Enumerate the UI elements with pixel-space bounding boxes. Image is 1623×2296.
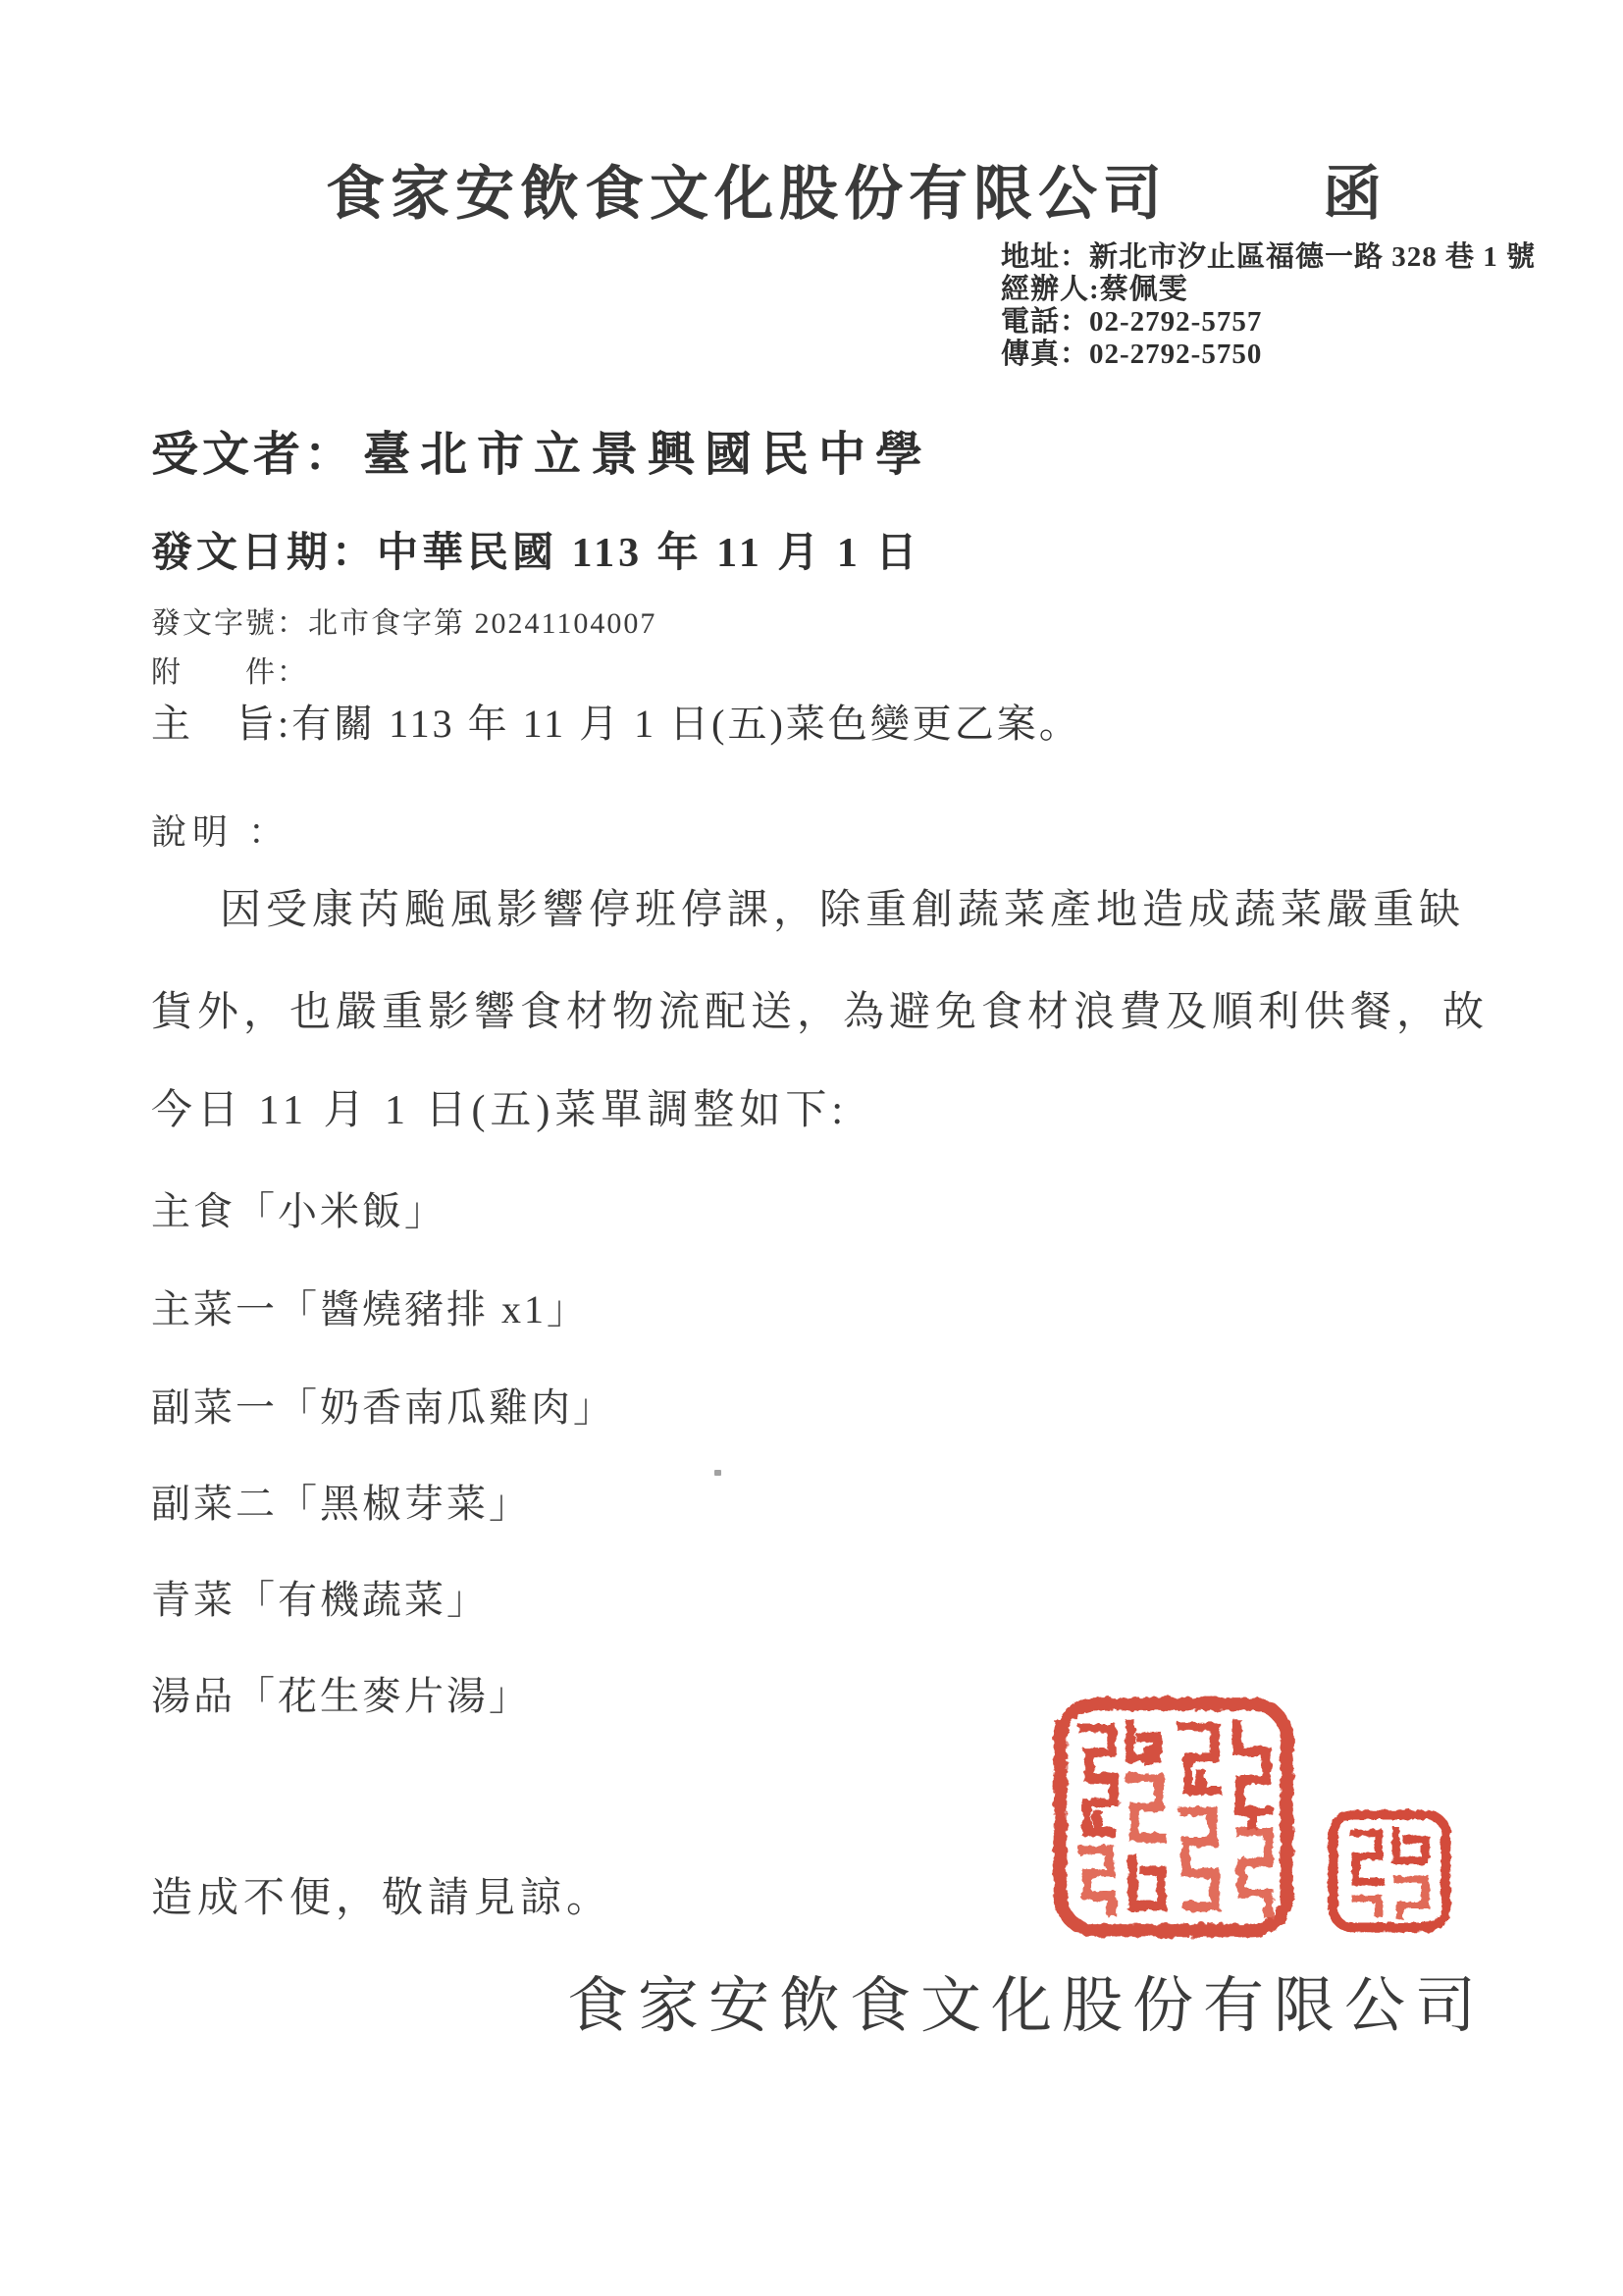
issue-date-line: 發文日期：中華民國 113 年 11 月 1 日 xyxy=(151,520,920,579)
sender-address: 地址：新北市汐止區福德一路 328 巷 1 號 xyxy=(1001,241,1536,274)
menu-item-side-dish-2: 副菜二「黑椒芽菜」 xyxy=(151,1473,531,1529)
closing-line: 造成不便，敬請見諒。 xyxy=(151,1865,612,1924)
company-signature: 食家安飲食文化股份有限公司 xyxy=(567,1957,1486,2044)
scan-speck xyxy=(714,1470,721,1476)
director-seal-stamp xyxy=(1323,1807,1456,1935)
menu-item-side-dish-1: 副菜一「奶香南瓜雞肉」 xyxy=(151,1377,615,1433)
attachment-line: 附 件： xyxy=(151,648,308,691)
subject-line: 主 旨:有關 113 年 11 月 1 日(五)菜色變更乙案。 xyxy=(151,693,1081,749)
director-seal-icon xyxy=(1323,1807,1456,1935)
explanation-paragraph-line: 因受康芮颱風影響停班停課，除重創蔬菜產地造成蔬菜嚴重缺 xyxy=(220,877,1465,936)
sender-handler: 經辦人:蔡佩雯 xyxy=(1001,274,1536,306)
letter-title-company: 食家安飲食文化股份有限公司 xyxy=(326,162,1168,227)
subject-text: 有關 113 年 11 月 1 日(五)菜色變更乙案。 xyxy=(291,702,1081,746)
menu-item-vegetable: 青菜「有機蔬菜」 xyxy=(151,1569,489,1625)
explanation-label: 說明 ： xyxy=(151,805,289,855)
menu-item-staple: 主食「小米飯」 xyxy=(151,1180,446,1236)
sender-fax: 傳真：02-2792-5750 xyxy=(1001,339,1536,371)
letter-doc-type: 函 xyxy=(1323,162,1382,227)
explanation-paragraph-line: 今日 11 月 1 日(五)菜單調整如下: xyxy=(151,1077,848,1136)
menu-item-soup: 湯品「花生麥片湯」 xyxy=(151,1665,531,1721)
letter-page: 食家安飲食文化股份有限公司函 地址：新北市汐止區福德一路 328 巷 1 號 經… xyxy=(0,0,1623,2296)
doc-number-line: 發文字號：北市食字第 20241104007 xyxy=(151,599,656,642)
recipient-name: 臺北市立景興國民中學 xyxy=(363,429,932,481)
sender-phone: 電話：02-2792-5757 xyxy=(1001,306,1536,339)
company-seal-stamp xyxy=(1042,1694,1305,1941)
company-seal-icon xyxy=(1042,1694,1305,1941)
letter-title: 食家安飲食文化股份有限公司函 xyxy=(326,147,1382,232)
sender-contact-block: 地址：新北市汐止區福德一路 328 巷 1 號 經辦人:蔡佩雯 電話：02-27… xyxy=(1001,241,1536,371)
subject-label: 主 旨: xyxy=(151,702,291,746)
recipient-label: 受文者： xyxy=(151,429,355,481)
recipient-line: 受文者：臺北市立景興國民中學 xyxy=(151,416,932,484)
explanation-paragraph-line: 貨外，也嚴重影響食材物流配送，為避免食材浪費及順利供餐，故 xyxy=(151,979,1489,1038)
menu-item-main-dish: 主菜一「醬燒豬排 x1」 xyxy=(151,1278,589,1334)
